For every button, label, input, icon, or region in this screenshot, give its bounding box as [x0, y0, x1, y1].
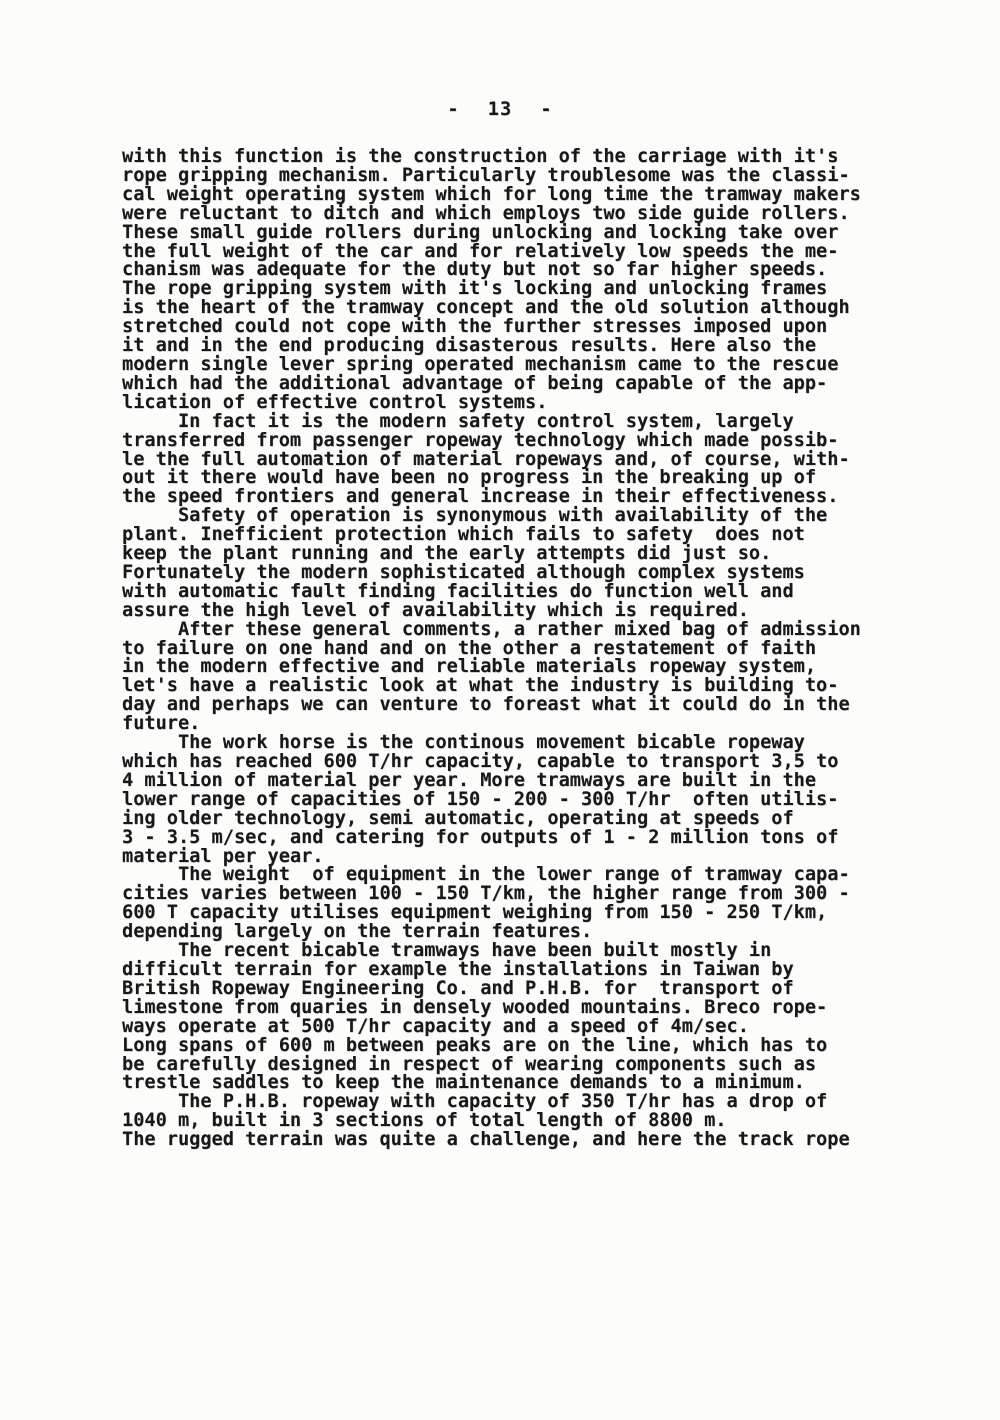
paragraph: In fact it is the modern safety control …	[122, 413, 892, 508]
paragraph: The weight of equipment in the lower ran…	[122, 866, 892, 942]
paragraph: with this function is the construction o…	[122, 148, 892, 413]
paragraph: The work horse is the continous movement…	[122, 734, 892, 866]
body-text: with this function is the construction o…	[122, 148, 892, 1150]
document-page: - 13 - with this function is the constru…	[0, 0, 1000, 1420]
paragraph: The recent bicable tramways have been bu…	[122, 942, 892, 1093]
paragraph: Safety of operation is synonymous with a…	[122, 507, 892, 620]
paragraph: The P.H.B. ropeway with capacity of 350 …	[122, 1093, 892, 1150]
paragraph: After these general comments, a rather m…	[122, 621, 892, 734]
page-number: - 13 -	[0, 99, 1000, 120]
